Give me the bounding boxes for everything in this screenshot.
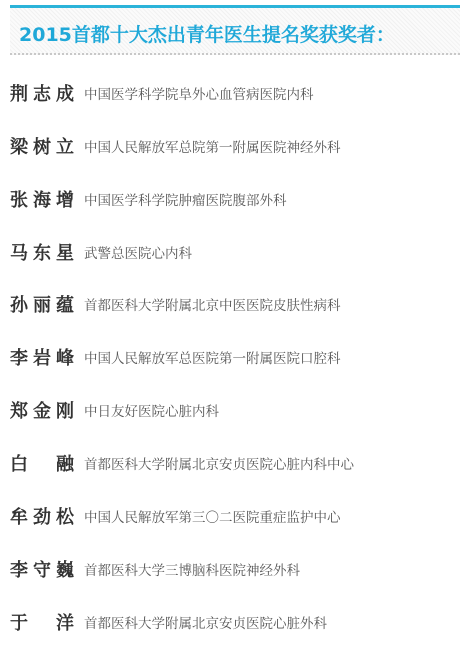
list-item: 李守巍 首都医科大学三博脑科医院神经外科 (10, 556, 300, 582)
awardee-name: 梁树立 (10, 133, 74, 159)
awardee-affiliation: 中日友好医院心脏内科 (84, 400, 219, 420)
awardee-name: 郑金刚 (10, 397, 74, 423)
awardee-affiliation: 中国医学科学院阜外心血管病医院内科 (84, 83, 314, 103)
awardee-name: 孙丽蕴 (10, 291, 74, 317)
awardee-name: 白 融 (10, 450, 74, 476)
awardee-affiliation: 中国人民解放军第三〇二医院重症监护中心 (84, 506, 341, 526)
awardee-affiliation: 中国医学科学院肿瘤医院腹部外科 (84, 189, 287, 209)
section-title: 2015首都十大杰出青年医生提名奖获奖者： (19, 20, 395, 47)
list-item: 牟劲松 中国人民解放军第三〇二医院重症监护中心 (10, 503, 341, 529)
section-header: 2015首都十大杰出青年医生提名奖获奖者： (10, 5, 460, 55)
awardee-affiliation: 中国人民解放军总院第一附属医院神经外科 (84, 136, 341, 156)
awardee-name: 荆志成 (10, 80, 74, 106)
awardee-affiliation: 首都医科大学三博脑科医院神经外科 (84, 559, 300, 579)
list-item: 白 融 首都医科大学附属北京安贞医院心脏内科中心 (10, 450, 354, 476)
list-item: 马东星 武警总医院心内科 (10, 239, 192, 265)
list-item: 荆志成 中国医学科学院阜外心血管病医院内科 (10, 80, 314, 106)
list-item: 于 洋 首都医科大学附属北京安贞医院心脏外科 (10, 609, 327, 635)
awardee-name: 于 洋 (10, 609, 74, 635)
awardee-affiliation: 中国人民解放军总医院第一附属医院口腔科 (84, 347, 341, 367)
list-item: 张海增 中国医学科学院肿瘤医院腹部外科 (10, 186, 287, 212)
list-item: 李岩峰 中国人民解放军总医院第一附属医院口腔科 (10, 344, 341, 370)
list-item: 郑金刚 中日友好医院心脏内科 (10, 397, 219, 423)
awardee-affiliation: 武警总医院心内科 (84, 242, 192, 262)
awardee-affiliation: 首都医科大学附属北京安贞医院心脏外科 (84, 612, 327, 632)
list-item: 孙丽蕴 首都医科大学附属北京中医医院皮肤性病科 (10, 291, 341, 317)
awardee-name: 牟劲松 (10, 503, 74, 529)
awardee-affiliation: 首都医科大学附属北京中医医院皮肤性病科 (84, 294, 341, 314)
awardee-name: 李守巍 (10, 556, 74, 582)
awardee-name: 张海增 (10, 186, 74, 212)
list-item: 梁树立 中国人民解放军总院第一附属医院神经外科 (10, 133, 341, 159)
awardee-affiliation: 首都医科大学附属北京安贞医院心脏内科中心 (84, 453, 354, 473)
awardee-name: 李岩峰 (10, 344, 74, 370)
awardee-name: 马东星 (10, 239, 74, 265)
